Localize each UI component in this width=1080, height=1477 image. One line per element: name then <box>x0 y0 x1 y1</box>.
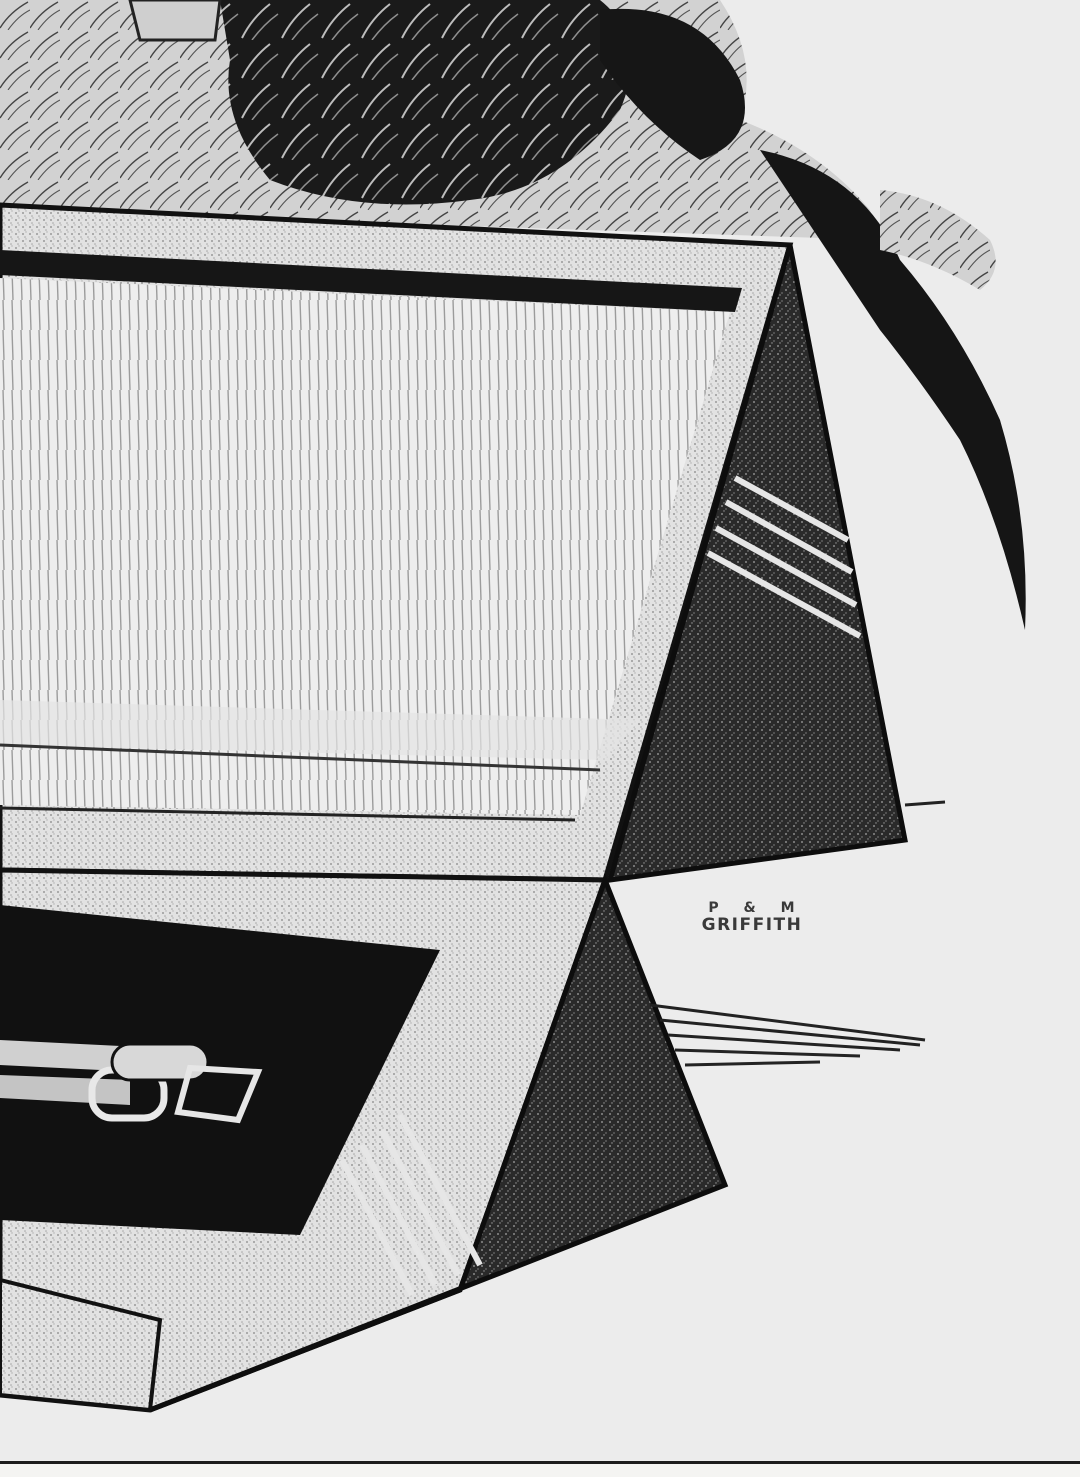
signature-surname: GRIFFITH <box>664 916 840 936</box>
illustration <box>0 0 1080 1463</box>
bottom-strip <box>0 1464 1080 1477</box>
artist-signature: P & M GRIFFITH <box>664 900 840 936</box>
signature-initials: P & M <box>664 900 840 916</box>
